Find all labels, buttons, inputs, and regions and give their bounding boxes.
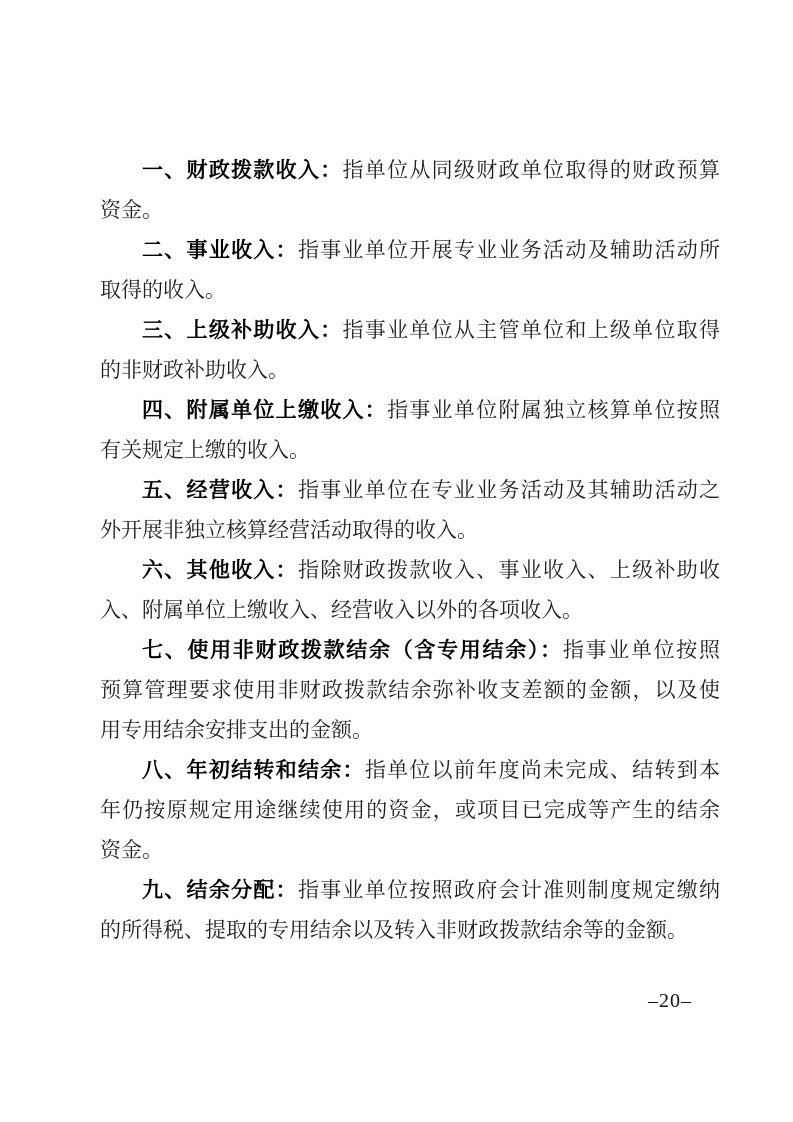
definition-text: 资金。 bbox=[100, 838, 163, 862]
definition-text: 指除财政拨款收入、事业收入、上级补助收 bbox=[298, 558, 720, 582]
definition-text: 指事业单位附属独立核算单位按照 bbox=[387, 398, 720, 422]
paragraph-line: 入、附属单位上缴收入、经营收入以外的各项收入。 bbox=[100, 590, 720, 630]
paragraph-line: 六、其他收入：指除财政拨款收入、事业收入、上级补助收 bbox=[100, 550, 720, 590]
definition-text: 资金。 bbox=[100, 198, 163, 222]
definition-text: 用专用结余安排支出的金额。 bbox=[100, 718, 373, 742]
definition-text: 入、附属单位上缴收入、经营收入以外的各项收入。 bbox=[100, 598, 583, 622]
paragraph-other-income: 六、其他收入：指除财政拨款收入、事业收入、上级补助收 入、附属单位上缴收入、经营… bbox=[100, 550, 720, 630]
term-label: 一、财政拨款收入： bbox=[142, 158, 343, 182]
page-number: –20– bbox=[648, 990, 692, 1013]
definition-text: 有关规定上缴的收入。 bbox=[100, 438, 310, 462]
paragraph-line: 资金。 bbox=[100, 830, 720, 870]
definition-text: 指事业单位从主管单位和上级单位取得 bbox=[343, 318, 720, 342]
term-label: 八、年初结转和结余： bbox=[142, 758, 365, 782]
term-label: 二、事业收入： bbox=[142, 238, 298, 262]
term-label: 三、上级补助收入： bbox=[142, 318, 343, 342]
paragraph-line: 用专用结余安排支出的金额。 bbox=[100, 710, 720, 750]
paragraph-line: 取得的收入。 bbox=[100, 270, 720, 310]
paragraph-line: 的非财政补助收入。 bbox=[100, 350, 720, 390]
paragraph-line: 八、年初结转和结余：指单位以前年度尚未完成、结转到本 bbox=[100, 750, 720, 790]
paragraph-line: 五、经营收入：指事业单位在专业业务活动及其辅助活动之 bbox=[100, 470, 720, 510]
definition-text: 指事业单位按照政府会计准则制度规定缴纳 bbox=[298, 878, 720, 902]
paragraph-line: 一、财政拨款收入：指单位从同级财政单位取得的财政预算 bbox=[100, 150, 720, 190]
paragraph-line: 九、结余分配：指事业单位按照政府会计准则制度规定缴纳 bbox=[100, 870, 720, 910]
term-label: 七、使用非财政拨款结余（含专用结余）： bbox=[142, 638, 563, 662]
paragraph-business-income: 五、经营收入：指事业单位在专业业务活动及其辅助活动之 外开展非独立核算经营活动取… bbox=[100, 470, 720, 550]
paragraph-line: 四、附属单位上缴收入：指事业单位附属独立核算单位按照 bbox=[100, 390, 720, 430]
term-label: 四、附属单位上缴收入： bbox=[142, 398, 387, 422]
definition-text: 取得的收入。 bbox=[100, 278, 226, 302]
definition-text: 预算管理要求使用非财政拨款结余弥补收支差额的金额，以及使 bbox=[100, 678, 720, 702]
paragraph-line: 预算管理要求使用非财政拨款结余弥补收支差额的金额，以及使 bbox=[100, 670, 720, 710]
paragraph-line: 年仍按原规定用途继续使用的资金，或项目已完成等产生的结余 bbox=[100, 790, 720, 830]
term-label: 五、经营收入： bbox=[142, 478, 298, 502]
paragraph-carryover-and-balance: 八、年初结转和结余：指单位以前年度尚未完成、结转到本 年仍按原规定用途继续使用的… bbox=[100, 750, 720, 870]
definition-text: 的非财政补助收入。 bbox=[100, 358, 289, 382]
definition-text: 指事业单位在专业业务活动及其辅助活动之 bbox=[298, 478, 720, 502]
definition-text: 指事业单位开展专业业务活动及辅助活动所 bbox=[298, 238, 720, 262]
paragraph-affiliated-unit-income: 四、附属单位上缴收入：指事业单位附属独立核算单位按照 有关规定上缴的收入。 bbox=[100, 390, 720, 470]
term-label: 九、结余分配： bbox=[142, 878, 298, 902]
definition-text: 年仍按原规定用途继续使用的资金，或项目已完成等产生的结余 bbox=[100, 798, 720, 822]
paragraph-balance-distribution: 九、结余分配：指事业单位按照政府会计准则制度规定缴纳 的所得税、提取的专用结余以… bbox=[100, 870, 720, 950]
paragraph-line: 七、使用非财政拨款结余（含专用结余）：指事业单位按照 bbox=[100, 630, 720, 670]
paragraph-line: 外开展非独立核算经营活动取得的收入。 bbox=[100, 510, 720, 550]
definition-text: 的所得税、提取的专用结余以及转入非财政拨款结余等的金额。 bbox=[100, 918, 688, 942]
paragraph-line: 三、上级补助收入：指事业单位从主管单位和上级单位取得 bbox=[100, 310, 720, 350]
paragraph-superior-subsidy-income: 三、上级补助收入：指事业单位从主管单位和上级单位取得 的非财政补助收入。 bbox=[100, 310, 720, 390]
definition-text: 指事业单位按照 bbox=[563, 638, 720, 662]
definition-text: 指单位以前年度尚未完成、结转到本 bbox=[365, 758, 720, 782]
paragraph-fiscal-appropriation-income: 一、财政拨款收入：指单位从同级财政单位取得的财政预算 资金。 bbox=[100, 150, 720, 230]
definition-text: 指单位从同级财政单位取得的财政预算 bbox=[343, 158, 720, 182]
page-content: 一、财政拨款收入：指单位从同级财政单位取得的财政预算 资金。 二、事业收入：指事… bbox=[100, 150, 720, 950]
paragraph-line: 有关规定上缴的收入。 bbox=[100, 430, 720, 470]
term-label: 六、其他收入： bbox=[142, 558, 298, 582]
definition-text: 外开展非独立核算经营活动取得的收入。 bbox=[100, 518, 478, 542]
document-page: 一、财政拨款收入：指单位从同级财政单位取得的财政预算 资金。 二、事业收入：指事… bbox=[0, 0, 793, 1122]
paragraph-line: 资金。 bbox=[100, 190, 720, 230]
paragraph-operational-income: 二、事业收入：指事业单位开展专业业务活动及辅助活动所 取得的收入。 bbox=[100, 230, 720, 310]
paragraph-line: 的所得税、提取的专用结余以及转入非财政拨款结余等的金额。 bbox=[100, 910, 720, 950]
paragraph-non-fiscal-balance-use: 七、使用非财政拨款结余（含专用结余）：指事业单位按照 预算管理要求使用非财政拨款… bbox=[100, 630, 720, 750]
paragraph-line: 二、事业收入：指事业单位开展专业业务活动及辅助活动所 bbox=[100, 230, 720, 270]
